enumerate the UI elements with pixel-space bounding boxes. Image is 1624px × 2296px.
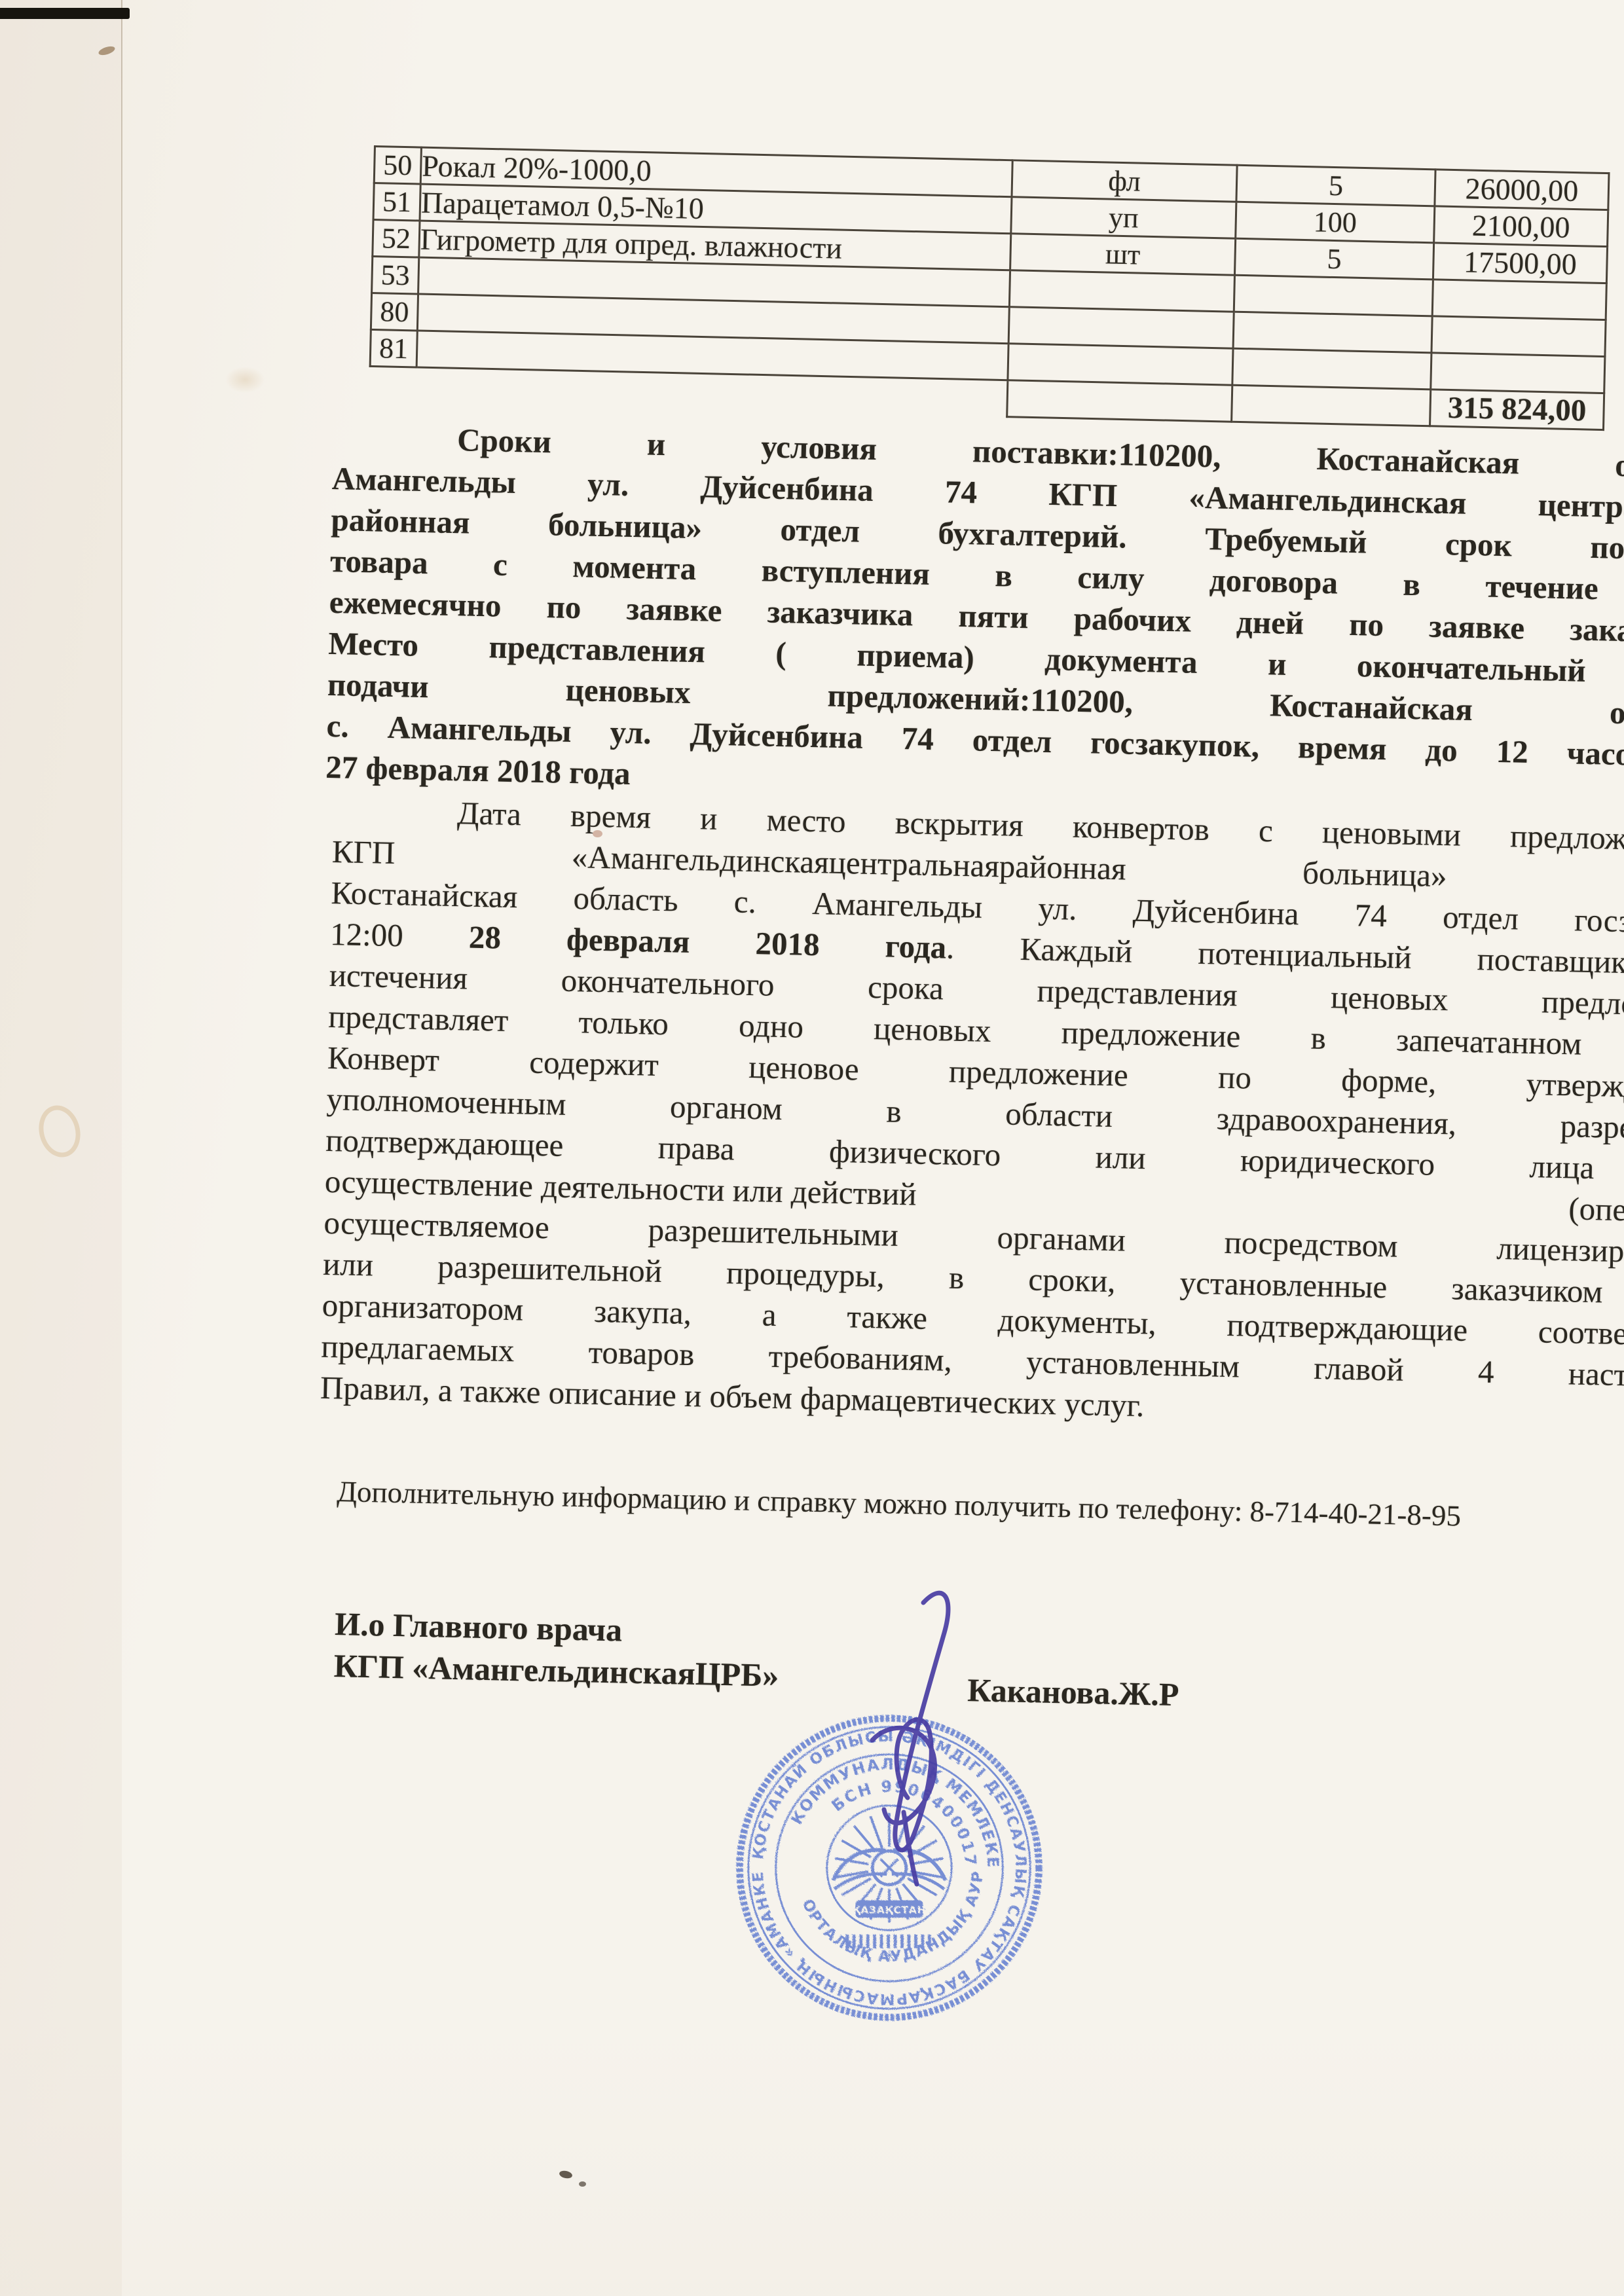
scanned-document-page: { "table": { "rows": [ {"num":"50","name…: [0, 0, 1624, 2296]
organization-name: КГП «АмангельдинскаяЦРБ»: [333, 1647, 779, 1694]
cell-price: 26000,00: [1435, 170, 1609, 210]
cell-unit: [1008, 307, 1234, 348]
cell-unit: шт: [1010, 234, 1236, 275]
contact-info-line: Дополнительную информацию и справку можн…: [337, 1474, 1624, 1537]
kazakhstan-label: ҚАЗАҚСТАН: [853, 1904, 927, 1916]
signature-stroke: [872, 1593, 948, 1884]
cell-price: 2100,00: [1434, 206, 1608, 247]
cell-num: 52: [373, 220, 420, 258]
cell-num: 51: [373, 183, 420, 221]
cell-qty: 5: [1236, 165, 1435, 206]
scan-edge-artifact: [0, 8, 130, 19]
cell-num: 53: [372, 256, 419, 294]
star-glyph: ✳: [883, 1948, 895, 1963]
empty-cell: [1232, 385, 1431, 426]
cell-qty: [1232, 348, 1431, 390]
handwritten-signature: [826, 1576, 984, 1904]
signatory-name: Каканова.Ж.Р: [967, 1669, 1180, 1715]
cell-unit: фл: [1012, 160, 1237, 202]
empty-cell: [1007, 380, 1232, 422]
cell-unit: уп: [1011, 197, 1236, 238]
cell-num: 80: [371, 293, 418, 331]
cell-price: [1431, 316, 1606, 357]
cell-price: [1431, 353, 1605, 393]
empty-cell: [369, 366, 416, 404]
cell-qty: 100: [1236, 202, 1435, 243]
cell-num: 50: [374, 147, 421, 185]
cell-qty: [1233, 312, 1432, 353]
items-table: 50Рокал 20%-1000,0фл526000,0051Парацетам…: [368, 145, 1610, 431]
page-crease-line: [121, 0, 122, 1021]
delivery-terms-paragraph: Сроки и условия поставки:110200, Костана…: [325, 416, 1624, 818]
cell-price: [1432, 280, 1606, 320]
faint-stain: [225, 367, 265, 393]
total-value: 315 824,00: [1430, 390, 1604, 430]
dirt-speck: [559, 2170, 573, 2179]
cell-unit: [1008, 344, 1233, 385]
opening-info-paragraph: Дата время и место вскрытия конвертов с …: [320, 790, 1624, 1438]
dirt-speck: [579, 2181, 586, 2187]
cell-qty: [1234, 275, 1433, 316]
cell-price: 17500,00: [1433, 243, 1607, 283]
cell-num: 81: [370, 329, 417, 367]
cell-qty: 5: [1234, 238, 1433, 280]
cell-unit: [1009, 270, 1234, 312]
